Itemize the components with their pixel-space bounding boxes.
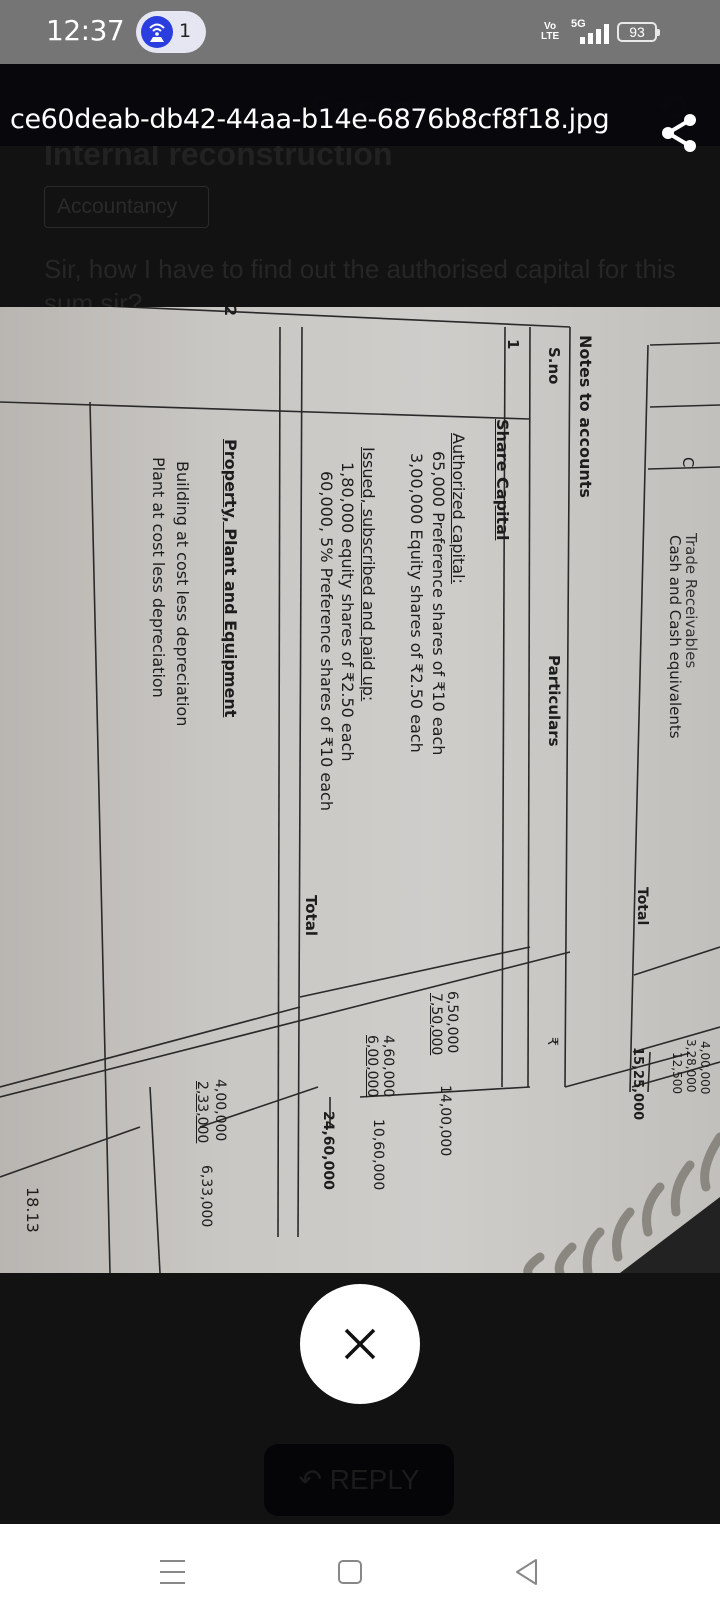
image-filename: ce60deab-db42-44aa-b14e-6876b8cf8f18.jpg <box>10 104 609 135</box>
header-amount: ₹ <box>544 1037 560 1046</box>
issued-label: Issued, subscribed and paid up: <box>359 447 378 701</box>
status-time: 12:37 <box>46 14 124 47</box>
note1-total-label: Total <box>302 895 320 936</box>
authorized-amount-1: 6,50,000 <box>444 991 460 1053</box>
header-particulars: Particulars <box>545 655 563 747</box>
page-number: 18.13 <box>23 1187 42 1233</box>
authorized-line-1: 65,000 Preference shares of ₹10 each <box>429 451 448 755</box>
note1-sno: 1 <box>504 339 522 349</box>
top-total-amount: 15,25,000 <box>630 1047 645 1120</box>
subject-tag: Accountancy <box>44 186 209 228</box>
note2-line-1: Building at cost less depreciation <box>173 461 192 726</box>
note2-title: Property, Plant and Equipment <box>221 439 240 717</box>
note2-amount-2: 2,33,000 <box>194 1081 210 1143</box>
note2-sno: 2 <box>221 307 240 316</box>
header-sno: S.no <box>545 347 563 385</box>
back-icon <box>514 1558 538 1586</box>
share-button[interactable] <box>660 112 698 154</box>
top-item-1: Trade Receivables <box>682 533 700 668</box>
notes-title: Notes to accounts <box>576 335 595 498</box>
back-button[interactable] <box>514 1558 538 1591</box>
status-bar: 12:37 1 Vo LTE 5G 93 <box>0 0 720 64</box>
battery-icon: 93 <box>617 22 657 42</box>
image-viewer-header: ce60deab-db42-44aa-b14e-6876b8cf8f18.jpg <box>0 64 720 146</box>
signal-icon <box>580 24 620 44</box>
issued-amount-1: 4,60,000 <box>380 1035 396 1097</box>
note2-line-2: Plant at cost less depreciation <box>149 457 168 698</box>
reply-button: ↶ REPLY <box>264 1444 454 1516</box>
note2-amount-1: 4,00,000 <box>212 1079 228 1141</box>
authorized-amount-2: 7,50,000 <box>428 993 444 1055</box>
top-item-2: Cash and Cash equivalents <box>666 535 684 739</box>
document-photo: C Trade Receivables Cash and Cash equiva… <box>0 307 720 1273</box>
home-button[interactable] <box>338 1560 362 1584</box>
top-row-label: C <box>679 457 697 467</box>
recents-button[interactable] <box>160 1560 185 1584</box>
volte-indicator: Vo LTE <box>541 22 559 42</box>
hotspot-icon <box>141 16 173 48</box>
note2-total: 6,33,000 <box>198 1165 214 1227</box>
close-icon <box>342 1326 378 1362</box>
issued-total: 10,60,000 <box>370 1119 386 1190</box>
attached-photo: C Trade Receivables Cash and Cash equiva… <box>0 307 720 1273</box>
note1-title: Share Capital <box>493 419 512 540</box>
share-icon <box>660 112 698 154</box>
lte-text: LTE <box>541 32 559 42</box>
close-viewer-button[interactable] <box>300 1284 420 1404</box>
reply-label: REPLY <box>330 1464 420 1495</box>
note1-total-amount: 24,60,000 <box>320 1111 336 1190</box>
issued-line-2: 60,000, 5% Preference shares of ₹10 each <box>317 471 336 811</box>
top-amount-1: 4,00,000 <box>698 1041 712 1094</box>
top-amount-2: 3,28,000 <box>684 1039 698 1092</box>
authorized-total: 14,00,000 <box>437 1085 453 1156</box>
image-viewer-screen: 12:37 1 Vo LTE 5G 93 ← <box>0 0 720 1612</box>
top-total-label: Total <box>634 887 650 925</box>
authorized-label: Authorized capital: <box>449 433 468 584</box>
system-nav-bar <box>0 1524 720 1612</box>
issued-amount-2: 6,00,000 <box>364 1035 380 1097</box>
top-amount-3: 12,500 <box>670 1052 684 1094</box>
issued-line-1: 1,80,000 equity shares of ₹2.50 each <box>338 462 357 762</box>
notification-count: 1 <box>179 20 191 42</box>
hotspot-notification-pill[interactable]: 1 <box>136 11 206 53</box>
authorized-line-2: 3,00,000 Equity shares of ₹2.50 each <box>407 453 426 753</box>
